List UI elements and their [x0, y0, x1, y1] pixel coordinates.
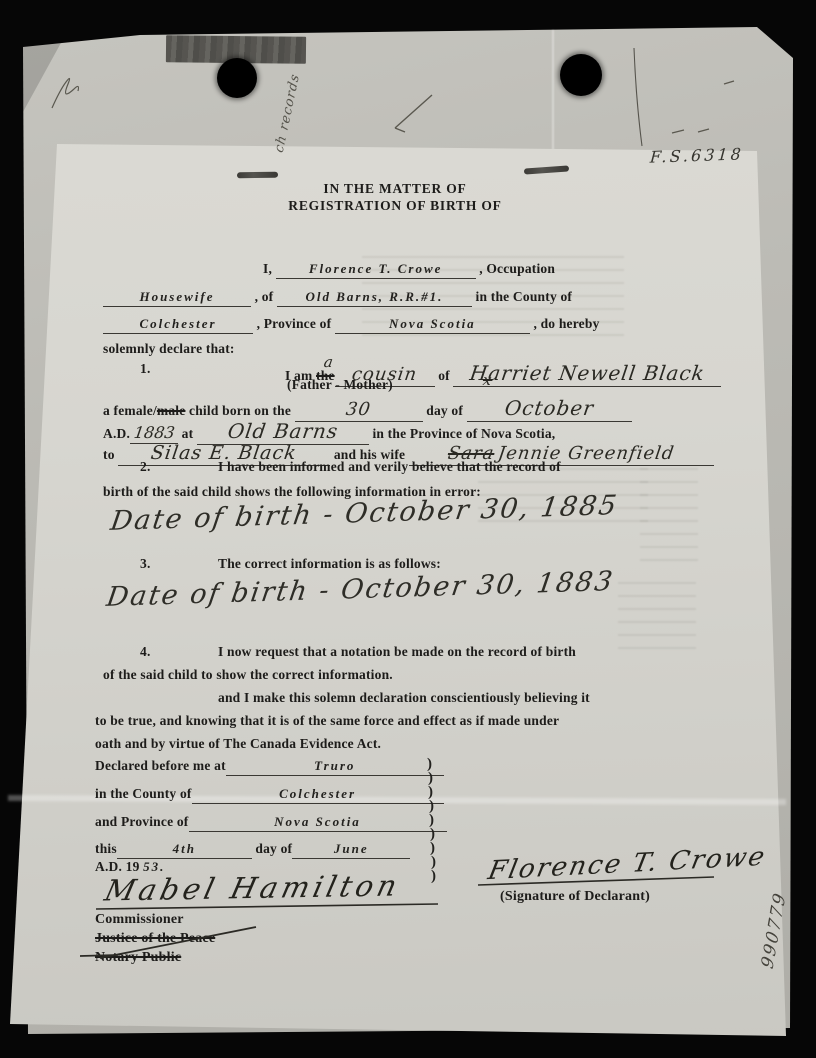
staple-mark-left	[237, 172, 278, 179]
item4-line-2: of the said child to show the correct in…	[103, 667, 393, 684]
field-county: Colchester	[103, 316, 253, 334]
value-occupation: Housewife	[139, 289, 214, 304]
paper-crease-vertical	[552, 30, 554, 150]
label-of: , of	[255, 289, 274, 304]
struck-x-mark: x	[483, 371, 492, 390]
struck-x-glyph: x	[482, 371, 494, 389]
file-number-note: F.S.6318	[649, 144, 744, 166]
label-day-of: day of	[426, 403, 463, 418]
form-title-line2: REGISTRATION OF BIRTH OF	[200, 198, 590, 215]
field-declared-place: Truro	[226, 758, 444, 776]
label-to: to	[103, 447, 115, 462]
declared-line-2: in the County ofColchester	[95, 786, 444, 804]
label-ad: A.D.	[103, 426, 130, 441]
label-county: in the County of	[476, 289, 573, 304]
value-birth-place: Old Barns	[226, 419, 340, 443]
label-this: this	[95, 841, 117, 856]
closing-line-1: and I make this solemn declaration consc…	[218, 690, 590, 707]
punch-hole-right	[560, 54, 602, 96]
field-declared-county: Colchester	[192, 786, 444, 804]
label-declared-county: in the County of	[95, 786, 192, 801]
label-occupation: , Occupation	[479, 261, 555, 276]
item3-number: 3.	[140, 556, 151, 573]
item2-number: 2.	[140, 459, 151, 476]
role-justice-of-peace-struck: Justice of the Peace	[95, 930, 215, 948]
value-address: Old Barns, R.R.#1.	[306, 289, 444, 304]
value-county: Colchester	[139, 316, 216, 331]
closing-line-3: oath and by virtue of The Canada Evidenc…	[95, 736, 381, 753]
value-declared-month: June	[334, 841, 369, 856]
declared-line-3: and Province ofNova Scotia	[95, 814, 447, 832]
label-declared-before: Declared before me at	[95, 758, 226, 773]
struck-word-male: male	[157, 403, 186, 418]
field-address: Old Barns, R.R.#1.	[277, 289, 472, 307]
label-at: at	[182, 426, 194, 441]
field-province: Nova Scotia	[335, 316, 530, 334]
value-declared-place: Truro	[314, 758, 355, 773]
bleed-through-text-block	[640, 468, 698, 563]
intro-line-2: Housewife , of Old Barns, R.R.#1. in the…	[103, 289, 572, 307]
value-declared-county: Colchester	[279, 786, 356, 801]
role-commissioner: Commissioner	[95, 911, 184, 929]
label-province: , Province of	[257, 316, 332, 331]
declared-line-4: this4th day ofJune	[95, 841, 410, 859]
father-mother-label: (Father - Mother)	[287, 377, 393, 394]
intro-line-3: Colchester , Province of Nova Scotia , d…	[103, 316, 600, 334]
closing-line-2: to be true, and knowing that it is of th…	[95, 713, 559, 730]
value-declared-province: Nova Scotia	[274, 814, 361, 829]
form-title-line1: IN THE MATTER OF	[200, 181, 590, 198]
value-province: Nova Scotia	[389, 316, 476, 331]
label-born: child born on the	[189, 403, 291, 418]
field-declarant-name: Florence T. Crowe	[276, 261, 476, 279]
item2-line-1: I have been informed and verily believe …	[218, 459, 561, 476]
commissioner-signature: Mabel Hamilton	[101, 868, 404, 907]
item1-number: 1.	[140, 361, 151, 378]
field-declared-province: Nova Scotia	[189, 814, 447, 832]
field-occupation: Housewife	[103, 289, 251, 307]
value-birth-year: 1883	[132, 423, 175, 442]
label-hereby: , do hereby	[533, 316, 599, 331]
declared-line-1: Declared before me atTruro	[95, 758, 444, 776]
label-ad-19: A.D. 19	[95, 859, 140, 874]
label-sex-pre: a female/	[103, 403, 157, 418]
item4-number: 4.	[140, 644, 151, 661]
label-province-line: in the Province of Nova Scotia,	[372, 426, 555, 441]
item3-line-1: The correct information is as follows:	[218, 556, 441, 573]
label-i: I,	[263, 261, 272, 276]
field-child-name: Harriet Newell Black	[453, 361, 721, 387]
role-notary-public-struck: Notary Public	[95, 949, 181, 967]
bleed-through-text-block	[618, 582, 696, 654]
value-birth-day: 30	[345, 399, 373, 420]
intro-line-4: solemnly declare that:	[103, 341, 235, 358]
value-declarant-name: Florence T. Crowe	[309, 261, 443, 276]
label-declared-province: and Province of	[95, 814, 189, 829]
scanned-document: F.S.6318 ch records 990779 IN THE MATTER…	[0, 0, 816, 1058]
value-declared-day: 4th	[173, 841, 196, 856]
bracket-glyph: )	[431, 868, 436, 885]
value-child-name: Harriet Newell Black	[468, 361, 706, 385]
declarant-signature-caption: (Signature of Declarant)	[500, 888, 650, 906]
field-declared-month: June	[292, 841, 410, 859]
label-declared-dayof: day of	[255, 841, 292, 856]
intro-line-1: I, Florence T. Crowe , Occupation	[263, 261, 555, 279]
field-birth-year: 1883	[130, 423, 178, 444]
label-of2: of	[438, 368, 450, 383]
value-birth-month: October	[503, 396, 595, 420]
item4-line-1: I now request that a notation be made on…	[218, 644, 576, 661]
punch-hole-left	[217, 58, 257, 98]
field-declared-day: 4th	[117, 841, 252, 859]
